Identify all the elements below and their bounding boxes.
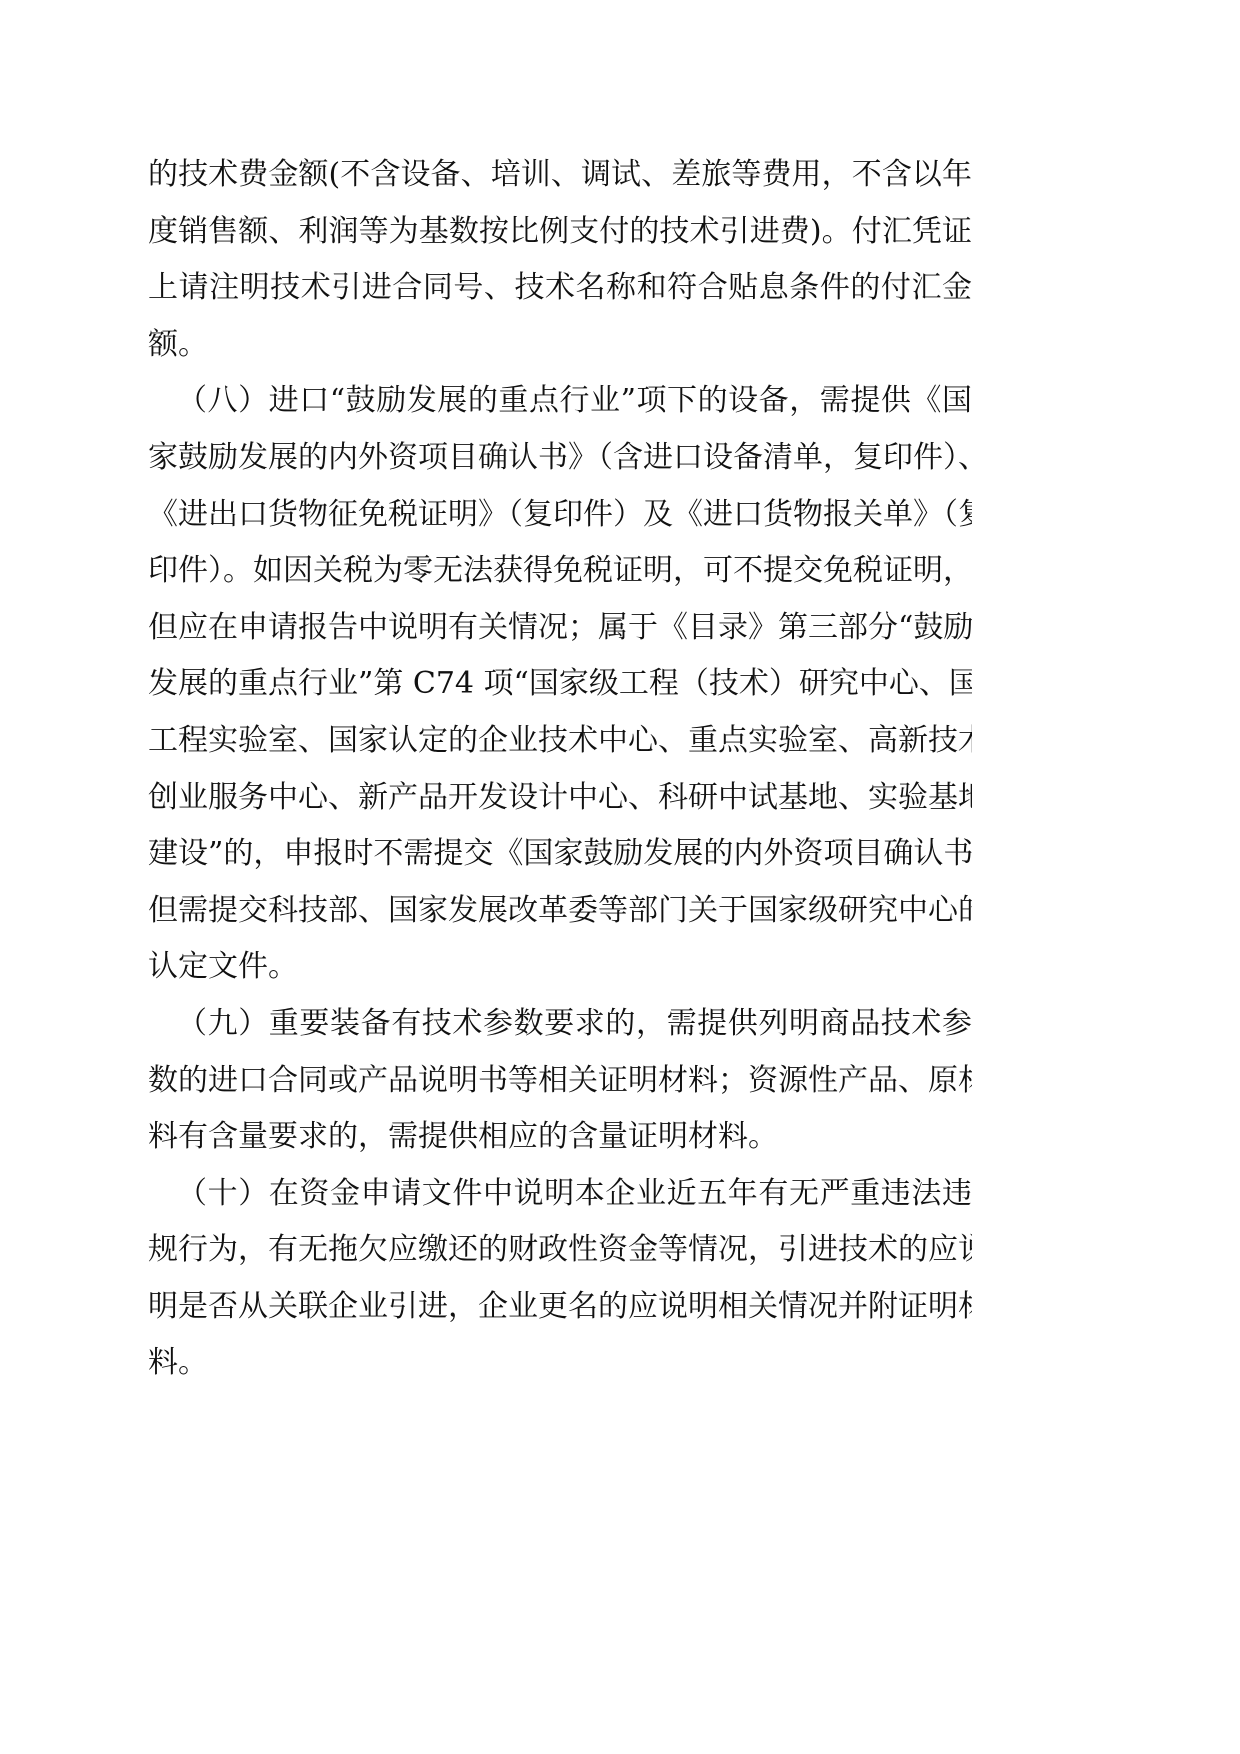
- text-line: 印件）。如因关税为零无法获得免税证明，可不提交免税证明，: [148, 543, 972, 600]
- text-line: （八）进口“鼓励发展的重点行业”项下的设备，需提供《国: [148, 373, 972, 430]
- text-line: 规行为，有无拖欠应缴还的财政性资金等情况，引进技术的应说: [148, 1222, 972, 1279]
- text-line: 家鼓励发展的内外资项目确认书》（含进口设备清单，复印件）、: [148, 430, 972, 487]
- text-line: 上请注明技术引进合同号、技术名称和符合贴息条件的付汇金: [148, 260, 972, 317]
- document-page: 的技术费金额(不含设备、培训、调试、差旅等费用，不含以年 度销售额、利润等为基数…: [0, 0, 1240, 1754]
- text-line: 发展的重点行业”第 C74 项“国家级工程（技术）研究中心、国家: [148, 656, 972, 713]
- text-line: 建设”的，申报时不需提交《国家鼓励发展的内外资项目确认书》，: [148, 826, 972, 883]
- text-line: 额。: [148, 317, 972, 374]
- text-line: 数的进口合同或产品说明书等相关证明材料；资源性产品、原材: [148, 1053, 972, 1110]
- text-line: 的技术费金额(不含设备、培训、调试、差旅等费用，不含以年: [148, 147, 972, 204]
- text-line: 工程实验室、国家认定的企业技术中心、重点实验室、高新技术: [148, 713, 972, 770]
- paragraph-item-10: （十）在资金申请文件中说明本企业近五年有无严重违法违 规行为，有无拖欠应缴还的财…: [148, 1166, 972, 1392]
- document-body: 的技术费金额(不含设备、培训、调试、差旅等费用，不含以年 度销售额、利润等为基数…: [148, 147, 972, 1392]
- text-line: 明是否从关联企业引进，企业更名的应说明相关情况并附证明材: [148, 1279, 972, 1336]
- paragraph-item-7-continuation: 的技术费金额(不含设备、培训、调试、差旅等费用，不含以年 度销售额、利润等为基数…: [148, 147, 972, 373]
- text-line: （九）重要装备有技术参数要求的，需提供列明商品技术参: [148, 996, 972, 1053]
- paragraph-item-8: （八）进口“鼓励发展的重点行业”项下的设备，需提供《国 家鼓励发展的内外资项目确…: [148, 373, 972, 996]
- text-line: （十）在资金申请文件中说明本企业近五年有无严重违法违: [148, 1166, 972, 1223]
- text-line: 《进出口货物征免税证明》（复印件）及《进口货物报关单》（复: [148, 487, 972, 544]
- text-line: 但需提交科技部、国家发展改革委等部门关于国家级研究中心的: [148, 883, 972, 940]
- text-line: 料有含量要求的，需提供相应的含量证明材料。: [148, 1109, 972, 1166]
- text-line: 认定文件。: [148, 939, 972, 996]
- text-line: 创业服务中心、新产品开发设计中心、科研中试基地、实验基地: [148, 770, 972, 827]
- text-line: 但应在申请报告中说明有关情况；属于《目录》第三部分“鼓励: [148, 600, 972, 657]
- text-line: 度销售额、利润等为基数按比例支付的技术引进费)。付汇凭证: [148, 204, 972, 261]
- paragraph-item-9: （九）重要装备有技术参数要求的，需提供列明商品技术参 数的进口合同或产品说明书等…: [148, 996, 972, 1166]
- text-line: 料。: [148, 1335, 972, 1392]
